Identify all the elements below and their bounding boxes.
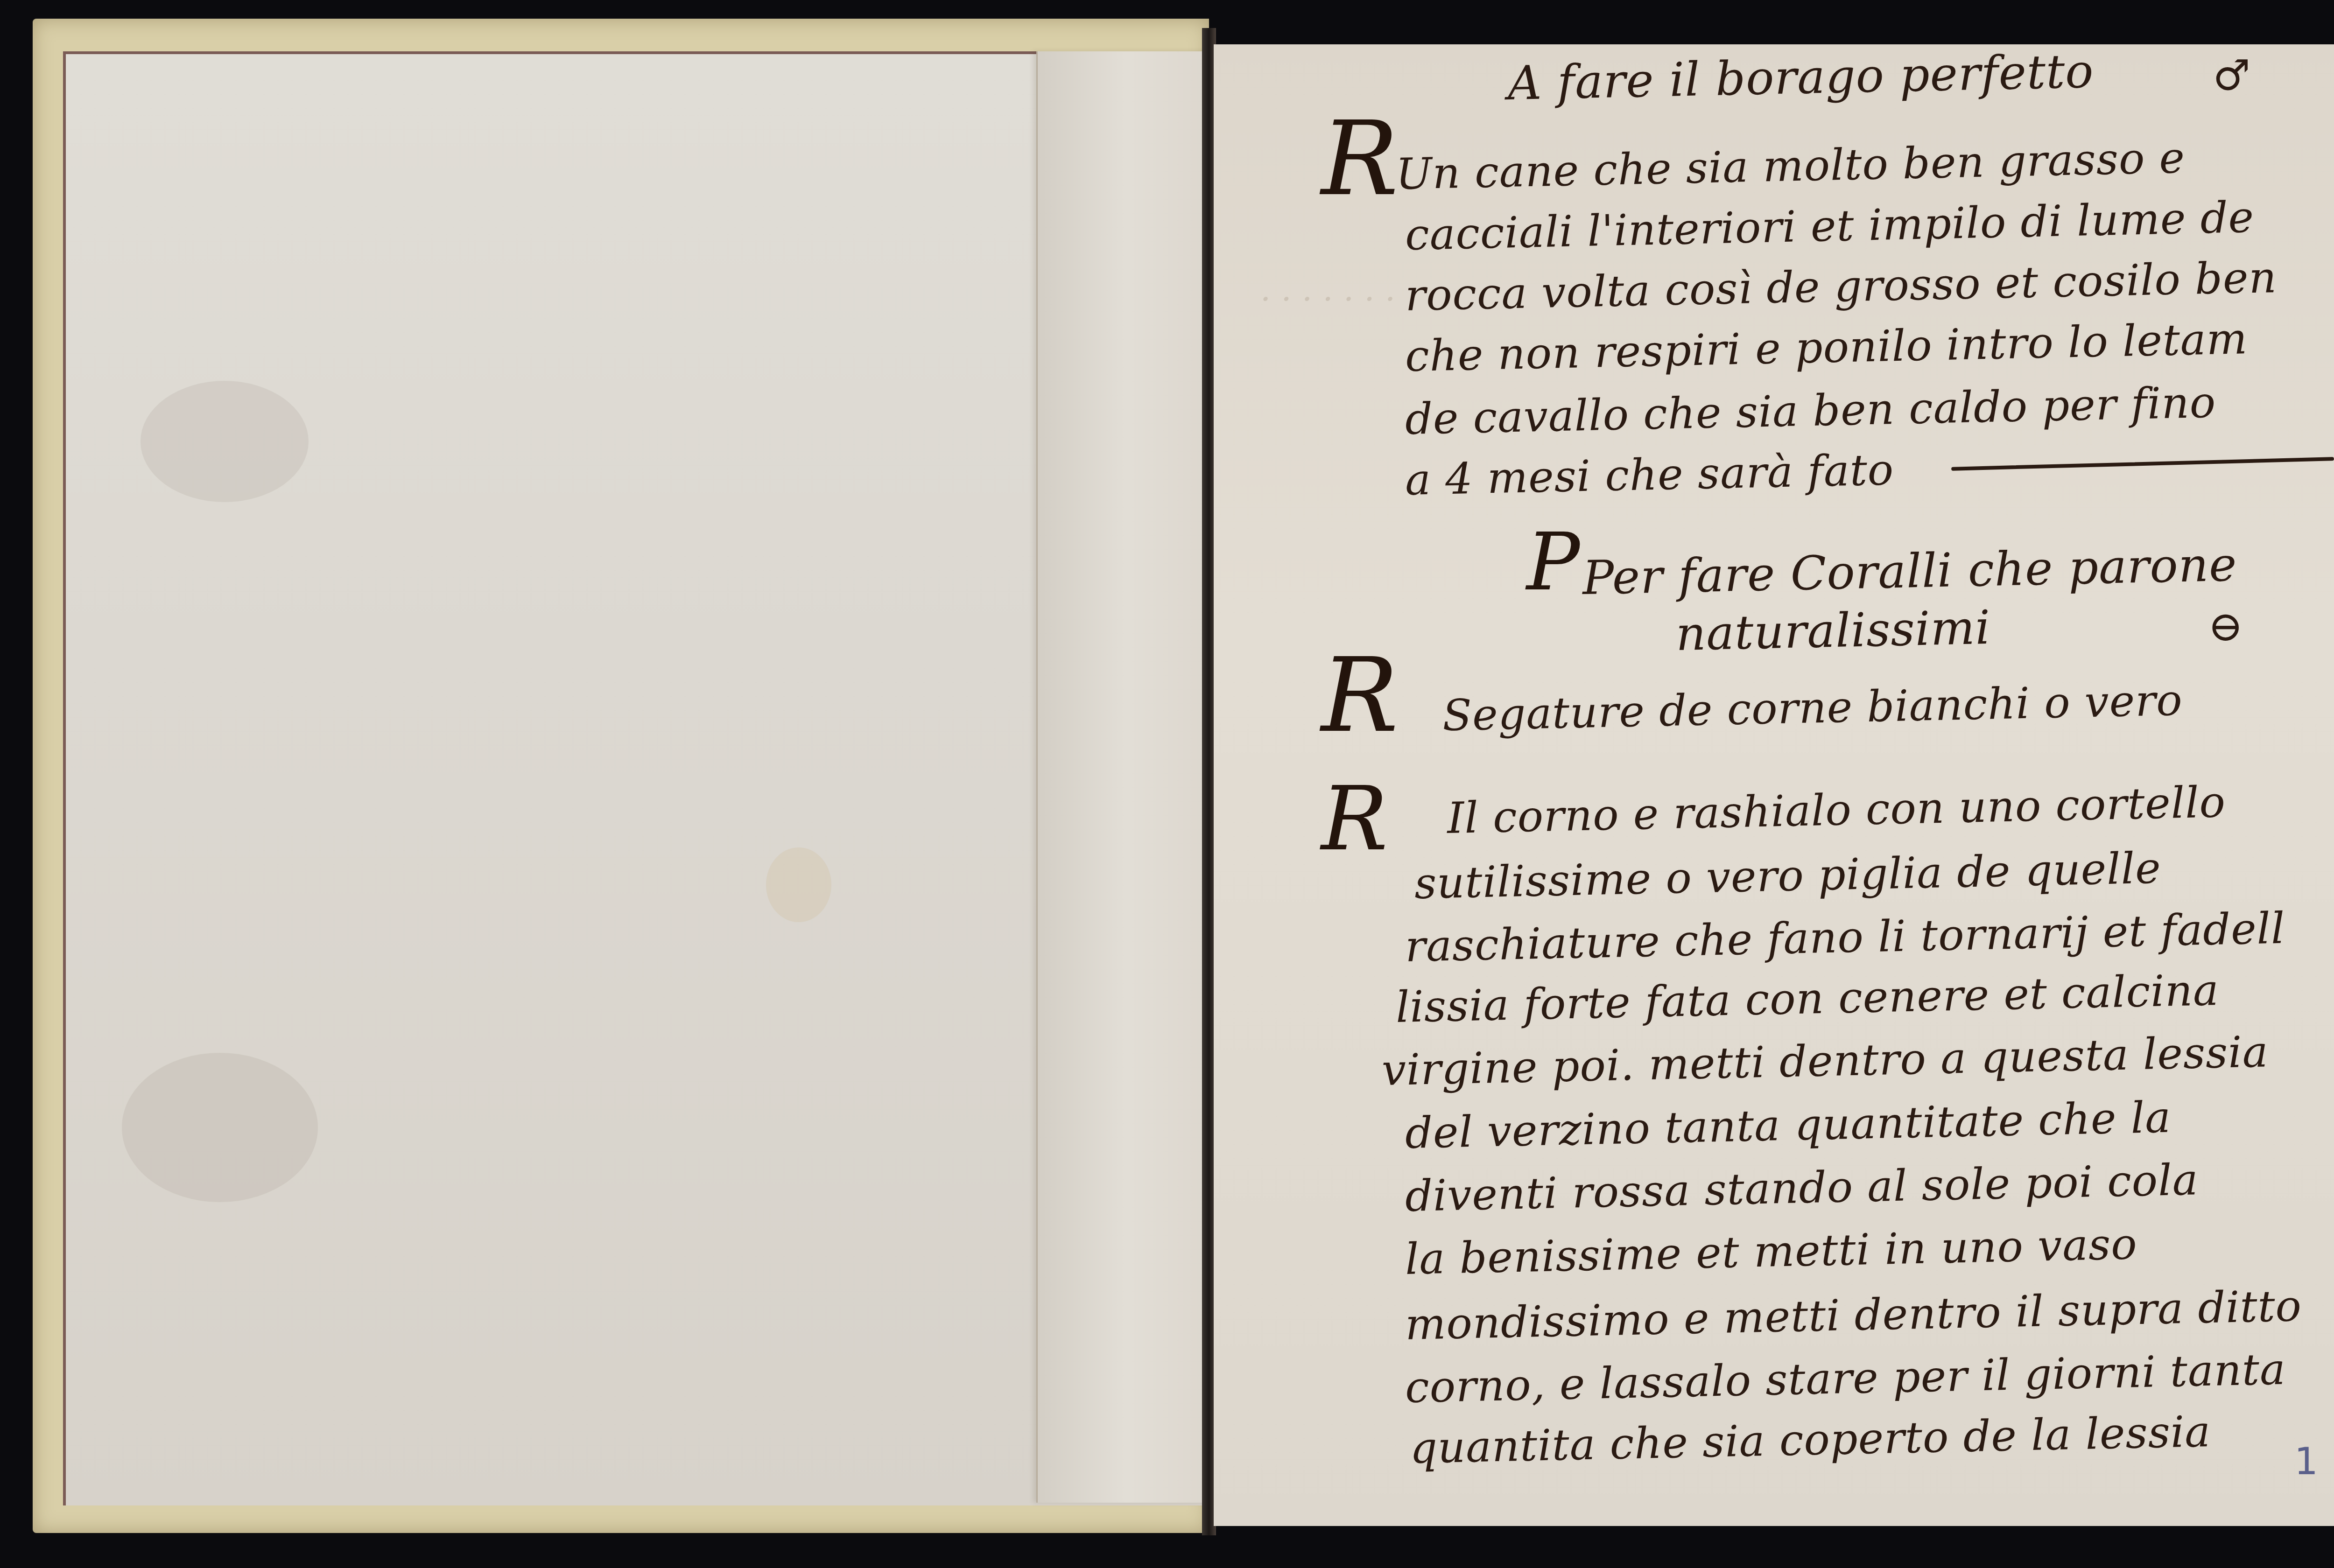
rubric-r-icon: R xyxy=(1321,775,1388,863)
theta-symbol-icon: ⊖ xyxy=(2208,602,2243,651)
rubric-r-icon: R xyxy=(1321,644,1399,747)
manuscript-spread: · · · · · · · A fare il borago perfetto … xyxy=(0,0,2334,1568)
recipe-1-line: a 4 mesi che sarà fato xyxy=(1405,445,1894,505)
stain xyxy=(122,1053,318,1202)
rubric-p-icon: P xyxy=(1526,523,1580,602)
recipe-2-title-line2: naturalissimi xyxy=(1675,600,1991,661)
mars-symbol-icon: ♂ xyxy=(2213,51,2250,100)
show-through-text: · · · · · · · xyxy=(1260,280,1395,318)
stain xyxy=(766,847,831,922)
rubric-r-icon: R xyxy=(1321,107,1399,210)
left-pastedown-page xyxy=(63,51,1205,1505)
stain xyxy=(141,381,309,502)
folio-number: 1 xyxy=(2294,1440,2318,1483)
flyleaf-stub xyxy=(1036,51,1215,1503)
